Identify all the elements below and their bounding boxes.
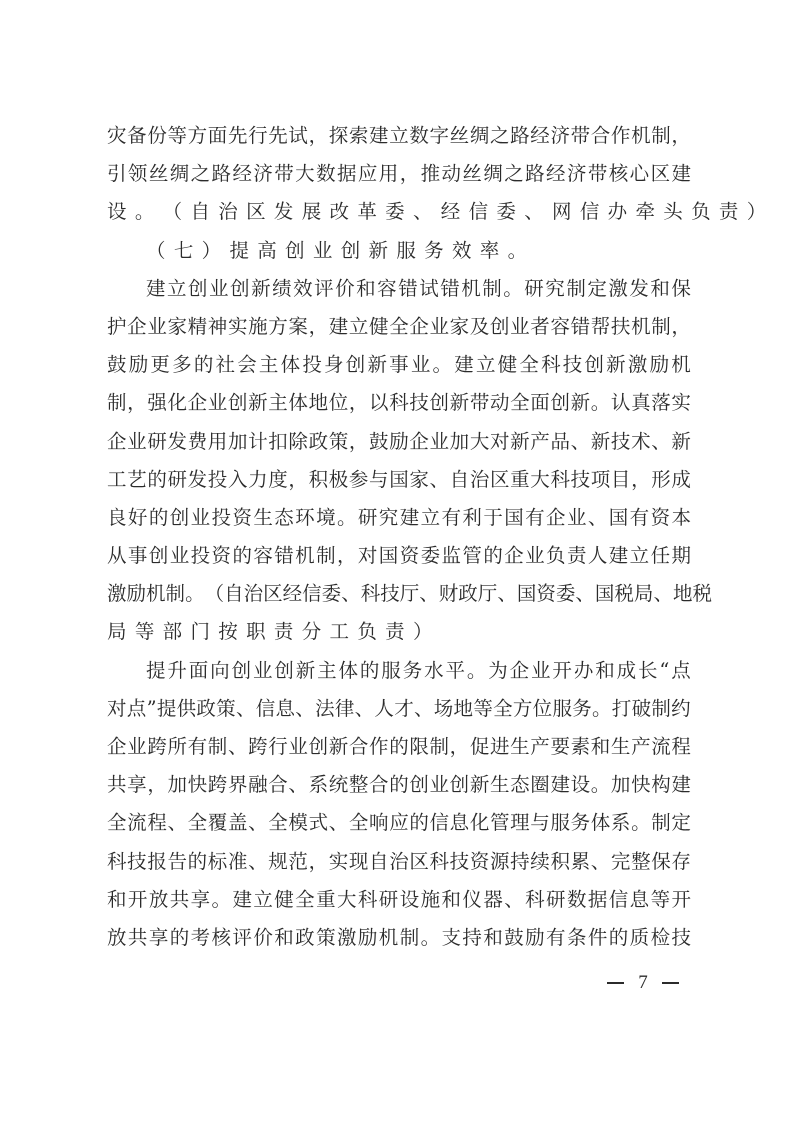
text-line: 放共享的考核评价和政策激励机制。支持和鼓励有条件的质检技 bbox=[107, 919, 691, 957]
text-line: 提升面向创业创新主体的服务水平。为企业开办和成长“点 bbox=[107, 652, 691, 690]
page-number-dash-right bbox=[662, 982, 679, 983]
text-line: 良好的创业投资生态环境。研究建立有利于国有企业、国有资本 bbox=[107, 499, 691, 537]
text-line: 护企业家精神实施方案，建立健全企业家及创业者容错帮扶机制， bbox=[107, 308, 691, 346]
text-line: 对点”提供政策、信息、法律、人才、场地等全方位服务。打破制约 bbox=[107, 690, 691, 728]
page-number-value: 7 bbox=[638, 972, 648, 994]
page-number: 7 bbox=[607, 972, 679, 994]
text-line: 引领丝绸之路经济带大数据应用，推动丝绸之路经济带核心区建 bbox=[107, 155, 691, 193]
page-number-dash-left bbox=[607, 982, 624, 983]
text-line: 建立创业创新绩效评价和容错试错机制。研究制定激发和保 bbox=[107, 270, 691, 308]
text-line: 制，强化企业创新主体地位，以科技创新带动全面创新。认真落实 bbox=[107, 384, 691, 422]
body-text: 灾备份等方面先行先试，探索建立数字丝绸之路经济带合作机制，引领丝绸之路经济带大数… bbox=[107, 117, 691, 957]
text-line: 鼓励更多的社会主体投身创新事业。建立健全科技创新激励机 bbox=[107, 346, 691, 384]
text-line: 科技报告的标准、规范，实现自治区科技资源持续积累、完整保存 bbox=[107, 843, 691, 881]
text-line: 从事创业投资的容错机制，对国资委监管的企业负责人建立任期 bbox=[107, 537, 691, 575]
text-line: 和开放共享。建立健全重大科研设施和仪器、科研数据信息等开 bbox=[107, 881, 691, 919]
text-line: 企业跨所有制、跨行业创新合作的限制，促进生产要素和生产流程 bbox=[107, 728, 691, 766]
text-line: 灾备份等方面先行先试，探索建立数字丝绸之路经济带合作机制， bbox=[107, 117, 691, 155]
text-line: 激励机制。（自治区经信委、科技厅、财政厅、国资委、国税局、地税 bbox=[107, 575, 691, 613]
section-heading: （七）提高创业创新服务效率。 bbox=[107, 232, 691, 270]
text-line: 企业研发费用加计扣除政策，鼓励企业加大对新产品、新技术、新 bbox=[107, 423, 691, 461]
text-line: 工艺的研发投入力度，积极参与国家、自治区重大科技项目，形成 bbox=[107, 461, 691, 499]
text-line: 局等部门按职责分工负责） bbox=[107, 613, 691, 651]
document-page: 灾备份等方面先行先试，探索建立数字丝绸之路经济带合作机制，引领丝绸之路经济带大数… bbox=[0, 0, 793, 1122]
text-line: 设。（自治区发展改革委、经信委、网信办牵头负责） bbox=[107, 193, 691, 231]
text-line: 共享，加快跨界融合、系统整合的创业创新生态圈建设。加快构建 bbox=[107, 766, 691, 804]
text-line: 全流程、全覆盖、全模式、全响应的信息化管理与服务体系。制定 bbox=[107, 804, 691, 842]
